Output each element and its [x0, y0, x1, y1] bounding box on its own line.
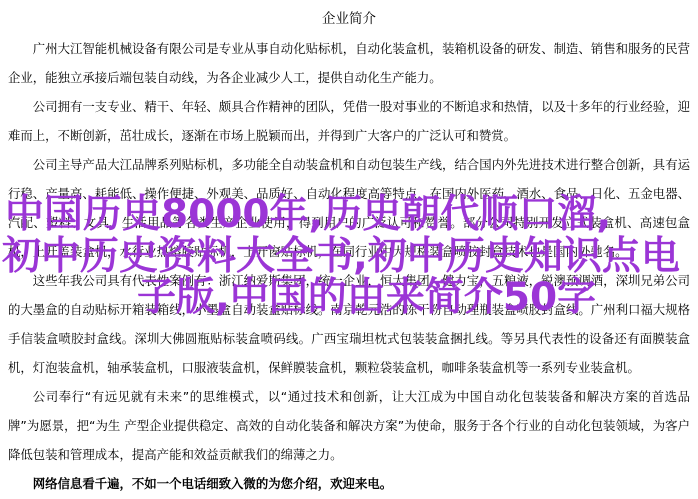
profile-paragraph-vision: 公司奉行“有远见就有未来”的思维模式，以“通过技术和创新，让大江成为中国自动化包… [8, 382, 690, 469]
profile-paragraph-intro: 广州大江智能机械设备有限公司是专业从事自动化贴标机，自动化装盒机，装箱机设备的研… [8, 34, 690, 92]
seo-overlay-text-line-2[interactable]: 初中历史资料大全书,初中历史知识点电 [2, 235, 680, 279]
page-title: 企业简介 [8, 5, 690, 34]
closing-note: 网络信息看千遍，不如一个电话细致入微的为您介绍，欢迎来电。 [8, 469, 690, 498]
profile-paragraph-team: 公司拥有一支专业、精干、年轻、颇具合作精神的团队，凭借一股对事业的不断追求和热情… [8, 92, 690, 150]
seo-overlay-text-line-1[interactable]: 中国历史8000年,历史朝代顺口溜, [5, 193, 611, 237]
seo-overlay-text-line-3[interactable]: 子版,中国的由来简介50字 [137, 276, 596, 320]
page-container: 企业简介 广州大江智能机械设备有限公司是专业从事自动化贴标机，自动化装盒机，装箱… [0, 0, 698, 499]
